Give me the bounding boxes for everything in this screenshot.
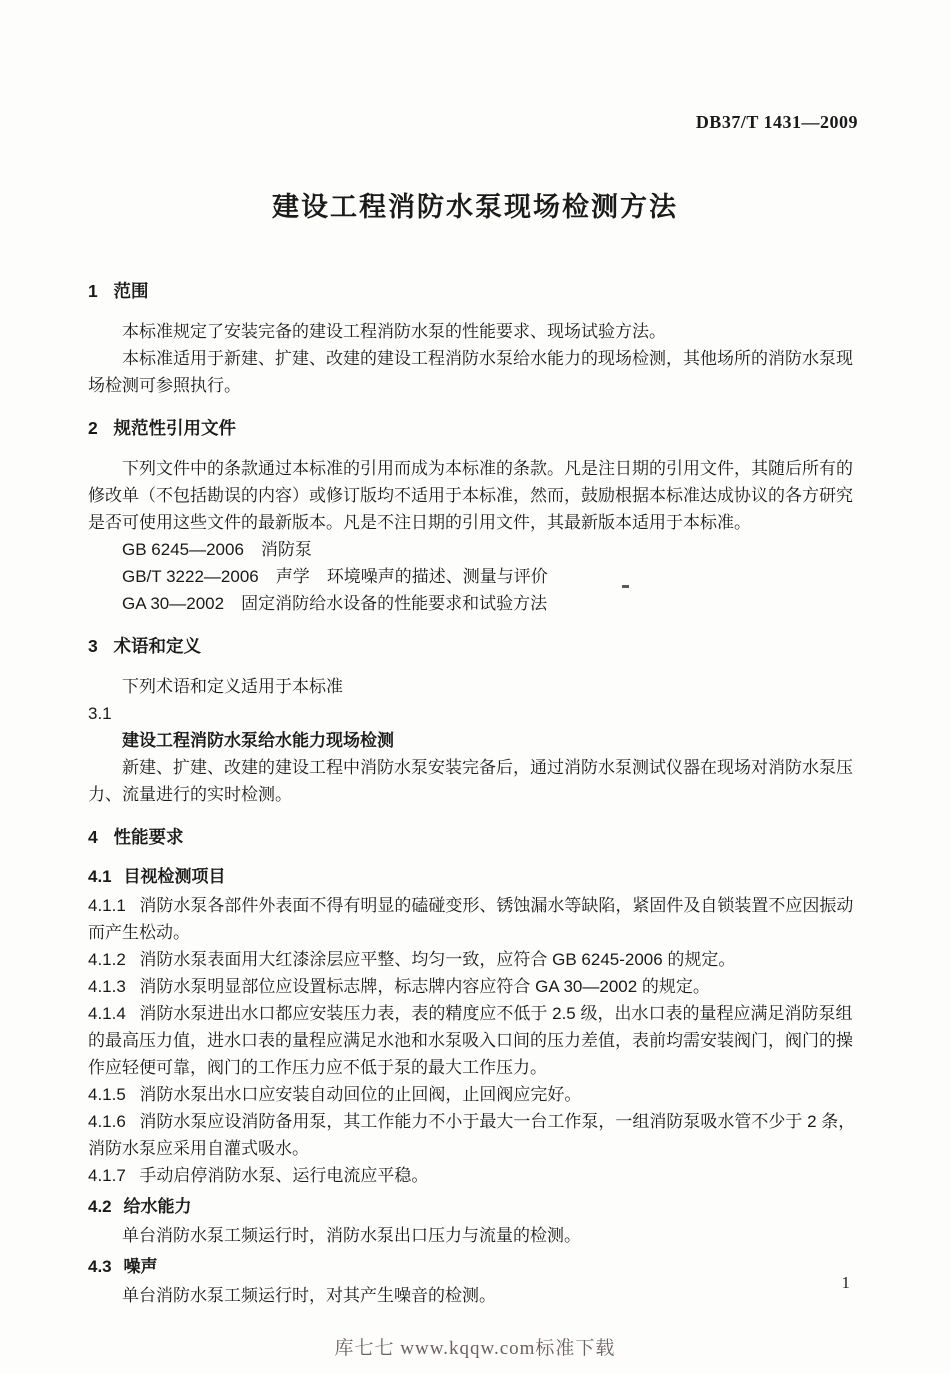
paragraph: 新建、扩建、改建的建设工程中消防水泵安装完备后，通过消防水泵测试仪器在现场对消防…: [88, 754, 862, 808]
section-title: 目视检测项目: [124, 867, 226, 886]
page-number: 1: [842, 1273, 851, 1293]
doc-number: DB37/T 1431—2009: [88, 112, 862, 133]
clause-number: 4.1.5: [88, 1085, 126, 1104]
term-definition-title: 建设工程消防水泵给水能力现场检测: [88, 727, 862, 754]
paragraph: 下列文件中的条款通过本标准的引用而成为本标准的条款。凡是注日期的引用文件，其随后…: [88, 455, 862, 536]
reference-item: GB 6245—2006 消防泵: [88, 536, 862, 563]
page-title: 建设工程消防水泵现场检测方法: [88, 185, 862, 224]
section-number: 4.2: [88, 1197, 112, 1216]
subsection-heading-4-3: 4.3噪声: [88, 1254, 862, 1280]
clause-4-1-3: 4.1.3消防水泵明显部位应设置标志牌，标志牌内容应符合 GA 30—2002 …: [88, 973, 862, 1000]
section-title: 规范性引用文件: [113, 418, 236, 438]
clause-text: 消防水泵表面用大红漆涂层应平整、均匀一致，应符合 GB 6245-2006 的规…: [139, 950, 735, 969]
section-heading-4-performance: 4性能要求: [88, 824, 862, 850]
clause-4-1-5: 4.1.5消防水泵出水口应安装自动回位的止回阀，止回阀应完好。: [88, 1081, 862, 1108]
section-title: 给水能力: [124, 1197, 192, 1216]
clause-4-1-7: 4.1.7手动启停消防水泵、运行电流应平稳。: [88, 1162, 862, 1189]
paragraph: 本标准规定了安装完备的建设工程消防水泵的性能要求、现场试验方法。: [88, 318, 862, 345]
clause-4-1-4: 4.1.4消防水泵进出水口都应安装压力表，表的精度应不低于 2.5 级，出水口表…: [88, 1000, 862, 1081]
clause-4-1-6: 4.1.6消防水泵应设消防备用泵，其工作能力不小于最大一台工作泵，一组消防泵吸水…: [88, 1108, 862, 1162]
clause-number: 4.1.7: [88, 1166, 126, 1185]
subsection-heading-4-2: 4.2给水能力: [88, 1194, 862, 1220]
section-number: 2: [88, 418, 98, 438]
clause-number: 4.1.1: [88, 896, 126, 915]
section-title: 范围: [113, 281, 148, 301]
paragraph: 下列术语和定义适用于本标准: [88, 673, 862, 700]
clause-text: 消防水泵出水口应安装自动回位的止回阀，止回阀应完好。: [139, 1085, 581, 1104]
clause-4-1-2: 4.1.2消防水泵表面用大红漆涂层应平整、均匀一致，应符合 GB 6245-20…: [88, 946, 862, 973]
section-title: 性能要求: [113, 827, 183, 847]
reference-item: GA 30—2002 固定消防给水设备的性能要求和试验方法: [88, 590, 862, 617]
clause-number: 4.1.3: [88, 977, 126, 996]
section-number: 1: [88, 281, 98, 301]
watermark-footer: 库七七 www.kqqw.com标准下载: [0, 1333, 950, 1360]
scan-artifact-mark: [622, 585, 629, 588]
clause-number-3-1: 3.1: [88, 700, 862, 727]
section-title: 术语和定义: [113, 636, 201, 656]
clause-text: 消防水泵进出水口都应安装压力表，表的精度应不低于 2.5 级，出水口表的量程应满…: [88, 1004, 853, 1077]
section-heading-2-normative-references: 2规范性引用文件: [88, 415, 862, 441]
document-body: DB37/T 1431—2009 建设工程消防水泵现场检测方法 1范围 本标准规…: [0, 0, 950, 1309]
section-number: 4.3: [88, 1257, 112, 1276]
section-number: 4: [88, 827, 98, 847]
paragraph: 单台消防水泵工频运行时，对其产生噪音的检测。: [88, 1282, 862, 1309]
clause-number: 4.1.6: [88, 1112, 126, 1131]
document-page: DB37/T 1431—2009 建设工程消防水泵现场检测方法 1范围 本标准规…: [0, 0, 950, 1373]
clause-text: 消防水泵应设消防备用泵，其工作能力不小于最大一台工作泵，一组消防泵吸水管不少于 …: [88, 1112, 855, 1158]
clause-number: 4.1.2: [88, 950, 126, 969]
clause-text: 手动启停消防水泵、运行电流应平稳。: [139, 1166, 428, 1185]
clause-text: 消防水泵各部件外表面不得有明显的磕碰变形、锈蚀漏水等缺陷，紧固件及自锁装置不应因…: [88, 896, 853, 942]
paragraph: 本标准适用于新建、扩建、改建的建设工程消防水泵给水能力的现场检测，其他场所的消防…: [88, 345, 862, 399]
section-number: 3: [88, 636, 98, 656]
clause-number: 4.1.4: [88, 1004, 126, 1023]
subsection-heading-4-1: 4.1目视检测项目: [88, 864, 862, 890]
clause-4-1-1: 4.1.1消防水泵各部件外表面不得有明显的磕碰变形、锈蚀漏水等缺陷，紧固件及自锁…: [88, 892, 862, 946]
paragraph: 单台消防水泵工频运行时，消防水泵出口压力与流量的检测。: [88, 1222, 862, 1249]
clause-text: 消防水泵明显部位应设置标志牌，标志牌内容应符合 GA 30—2002 的规定。: [139, 977, 710, 996]
section-heading-1-scope: 1范围: [88, 278, 862, 304]
section-title: 噪声: [124, 1257, 158, 1276]
reference-item: GB/T 3222—2006 声学 环境噪声的描述、测量与评价: [88, 563, 862, 590]
section-heading-3-terms-definitions: 3术语和定义: [88, 633, 862, 659]
section-number: 4.1: [88, 867, 112, 886]
